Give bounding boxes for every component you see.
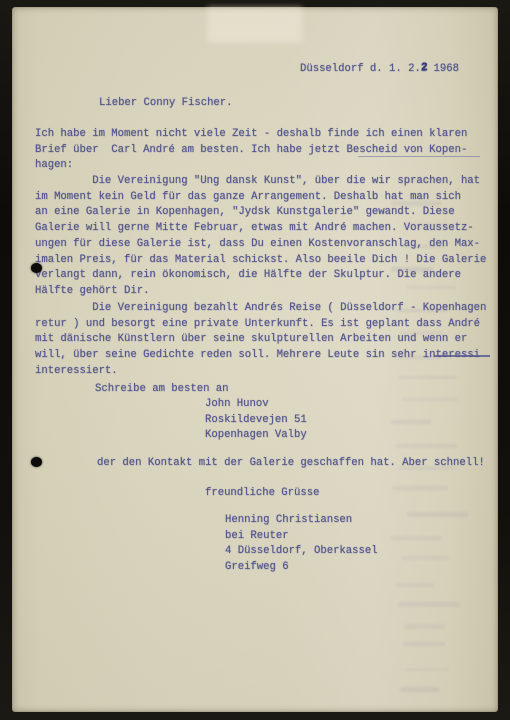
- ghost-mark: [398, 466, 456, 470]
- punch-hole-top: [31, 263, 42, 273]
- ghost-mark: [398, 602, 460, 607]
- ghost-mark: [400, 179, 450, 182]
- ghost-mark: [396, 444, 457, 448]
- tape-shadow: [207, 7, 302, 43]
- closing-line: freundliche Grüsse: [205, 486, 319, 502]
- dateline: Düsseldorf d. 1. 2.2 1968: [300, 62, 459, 78]
- ghost-mark: [403, 642, 445, 646]
- paragraph-2: Die Vereinigung "Ung dansk Kunst", über …: [35, 174, 486, 300]
- paragraph-1: Ich habe im Moment nicht viele Zeit - de…: [35, 127, 467, 174]
- ghost-mark: [400, 331, 444, 335]
- punch-hole-bottom: [31, 457, 42, 467]
- ghost-mark: [396, 583, 434, 587]
- ghost-mark: [404, 624, 445, 629]
- ghost-mark: [402, 245, 446, 248]
- contact-address-block: John Hunov Roskildevejen 51 Kopenhagen V…: [205, 397, 307, 444]
- ghost-mark: [404, 223, 449, 227]
- ghost-mark: [405, 668, 449, 671]
- letter-page: Düsseldorf d. 1. 2.2 1968 2 Lieber Conny…: [12, 7, 498, 712]
- paragraph-3: Die Vereinigung bezahlt Andrés Reise ( D…: [35, 301, 486, 380]
- ghost-mark: [400, 687, 439, 692]
- overtype-mark: 2: [421, 62, 427, 74]
- ghost-mark: [392, 486, 448, 490]
- ghost-mark: [402, 398, 458, 401]
- underline-mark: [358, 156, 480, 157]
- ghost-mark: [391, 420, 431, 424]
- ghost-mark: [390, 536, 441, 540]
- ghost-mark: [407, 512, 468, 517]
- ghost-mark: [402, 556, 449, 560]
- ghost-mark: [391, 201, 441, 206]
- signature-block: Henning Christiansen bei Reuter 4 Düssel…: [225, 513, 378, 576]
- ghost-mark: [396, 356, 442, 359]
- strikethrough-mark: [434, 355, 490, 357]
- ghost-mark: [391, 267, 433, 272]
- ghost-mark: [398, 376, 457, 379]
- ghost-mark: [407, 286, 456, 289]
- ghost-mark: [395, 309, 449, 312]
- write-to-line: Schreibe am besten an: [95, 382, 229, 398]
- salutation: Lieber Conny Fischer.: [99, 96, 233, 112]
